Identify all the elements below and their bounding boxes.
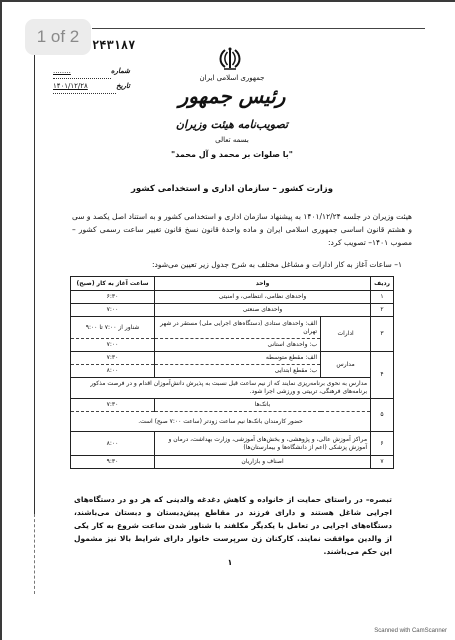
row-unit: واحدهای نظامی، انتظامی، و امنیتی: [155, 291, 371, 304]
note-paragraph: تبصره– در راستای حمایت از خانواده و کاهش…: [74, 493, 392, 558]
row-sub-time: ۷:۰۰: [71, 339, 155, 352]
row-sub-unit: ب: مقطع ابتدایی: [155, 365, 321, 378]
row-no: ۲: [371, 304, 394, 317]
row-time: ۸:۰۰: [71, 432, 155, 456]
salavat-line: "با صلوات بر محمد و آل محمد": [132, 150, 332, 159]
row-sub-time: شناور از ۷:۰۰ تا ۹:۰۰: [71, 317, 155, 339]
row-sub-time: ۸:۰۰: [71, 365, 155, 378]
row-time: ۹:۳۰: [71, 456, 155, 469]
president-title: رئیس جمهور: [132, 84, 332, 108]
serial-number: ۲۴۳۱۸۷: [92, 38, 135, 52]
date-value: ۱۴۰۱/۱۲/۲۸: [53, 79, 116, 94]
table-row: ۱ واحدهای نظامی، انتظامی، و امنیتی ۶:۳۰: [71, 291, 394, 304]
left-margin-rule-dashed: [34, 514, 35, 594]
table-row: ۵ بانک‌ها ۷:۳۰: [71, 399, 394, 412]
date-label: تاریخ: [116, 79, 130, 94]
top-rule: [92, 28, 425, 29]
row-sub-unit: الف: واحدهای ستادی (دستگاه‌های اجرایی مل…: [155, 317, 321, 339]
table-row: ۶ مراکز آموزش عالی، و پژوهشی، و بخش‌های …: [71, 432, 394, 456]
intro-paragraph: هیئت وزیران در جلسه ۱۴۰۱/۱۲/۲۴ به پیشنها…: [72, 210, 412, 249]
row-no: ۴: [371, 352, 394, 399]
number-value: ........: [53, 64, 111, 79]
header-unit: واحد: [155, 277, 371, 291]
row-note: حضور کارمندان بانک‌ها نیم ساعت زودتر (سا…: [71, 412, 371, 432]
row-no: ۷: [371, 456, 394, 469]
header-start-time: ساعت آغاز به کار (صبح): [71, 277, 155, 291]
addressee: وزارت کشور – سازمان اداری و استخدامی کشو…: [42, 184, 422, 194]
table-row: ۷ اصناف و بازاریان ۹:۳۰: [71, 456, 394, 469]
row-note: مدارس به نحوی برنامه‌ریزی نمایند که از ن…: [71, 378, 371, 399]
row-sub-time: ۷:۳۰: [71, 352, 155, 365]
row-no: ۶: [371, 432, 394, 456]
header-row-no: ردیف: [371, 277, 394, 291]
number-label: شماره: [111, 64, 130, 79]
row-unit: واحدهای صنعتی: [155, 304, 371, 317]
approval-title: تصویب‌نامه هیئت وزیران: [132, 118, 332, 131]
left-margin-rule: [34, 54, 35, 514]
row-group: ادارات: [321, 317, 371, 352]
row-sub-unit: الف: مقطع متوسطه: [155, 352, 321, 365]
table-row: ۲ واحدهای صنعتی ۷:۰۰: [71, 304, 394, 317]
row-no: ۵: [371, 399, 394, 432]
row-time: ۶:۳۰: [71, 291, 155, 304]
row-no: ۳: [371, 317, 394, 352]
table-header-row: ردیف واحد ساعت آغاز به کار (صبح): [71, 277, 394, 291]
table-row-note: حضور کارمندان بانک‌ها نیم ساعت زودتر (سا…: [71, 412, 394, 432]
table-row: ۴ مدارس الف: مقطع متوسطه ۷:۳۰: [71, 352, 394, 365]
table-row-note: مدارس به نحوی برنامه‌ریزی نمایند که از ن…: [71, 378, 394, 399]
letter-meta: شماره ........ تاریخ ۱۴۰۱/۱۲/۲۸: [50, 64, 130, 94]
row-sub-unit: ب: واحدهای استانی: [155, 339, 321, 352]
republic-title: جمهوری اسلامی ایران: [132, 74, 332, 82]
bismillah: بسمه تعالی: [132, 136, 332, 144]
row-unit: مراکز آموزش عالی، و پژوهشی، و بخش‌های آم…: [155, 432, 371, 456]
table-row: ۳ ادارات الف: واحدهای ستادی (دستگاه‌های …: [71, 317, 394, 339]
document-page: 1 of 2 ۲۴۳۱۸۷ شماره ........ تاریخ ۱۴۰۱/…: [0, 0, 455, 640]
clause-1: ۱– ساعات آغاز به کار ادارات و مشاغل مختل…: [82, 260, 402, 269]
row-time: ۷:۰۰: [71, 304, 155, 317]
row-no: ۱: [371, 291, 394, 304]
row-unit: اصناف و بازاریان: [155, 456, 371, 469]
page-indicator: 1 of 2: [25, 19, 91, 55]
row-unit: بانک‌ها: [155, 399, 371, 412]
working-hours-table: ردیف واحد ساعت آغاز به کار (صبح) ۱ واحده…: [70, 276, 394, 469]
row-time: ۷:۳۰: [71, 399, 155, 412]
page-number: ۱: [220, 558, 240, 567]
scanner-watermark: Scanned with CamScanner: [374, 628, 447, 634]
row-group: مدارس: [321, 352, 371, 378]
iran-emblem-icon: [216, 46, 244, 72]
